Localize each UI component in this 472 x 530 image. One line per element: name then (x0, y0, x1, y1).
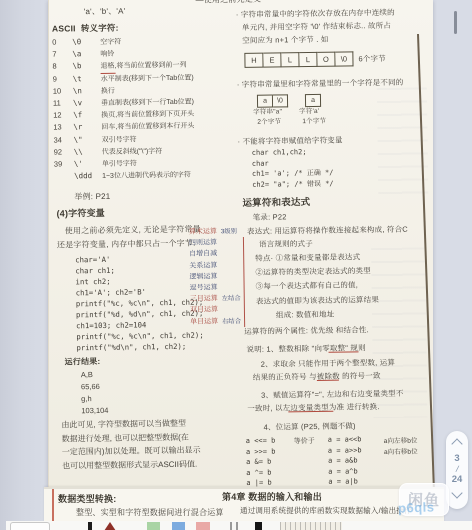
expression-points: 特点· ①常量和变量都是表达式 ②运算符的类型决定表达式的类型 ③每一个表达式都… (255, 252, 379, 310)
diagram-label: 字符'a' (299, 108, 319, 116)
thumbnail[interactable] (230, 522, 232, 530)
annotation-row: 逗号运算 (190, 282, 241, 294)
annotation-row: 单目运算右结合 (190, 316, 241, 328)
string-note-line: 单元内, 并用空字符 '\0' 作结束标志.. 故所占 (242, 21, 391, 32)
bitops-table: a <<= b等价于a = a<<ba向左移b位 a >>= ba = a>>b… (246, 435, 418, 490)
next-page-preview[interactable]: 数据类型转换: 整型、实型和字符型数据间进行混合运算 第4章 数据的输入和输出 … (44, 487, 444, 523)
top-partial-line: —使用之前先定义 (196, 0, 262, 6)
table-row: 13\r回车,将当前位置移到本行开头 (53, 121, 194, 135)
scroll-indicator[interactable] (454, 11, 457, 34)
page4-right-line: 通过调用系统提供的库函数实现数据输入/输出操作 (240, 506, 412, 515)
annotation-row: 自增自减 (189, 248, 240, 260)
hello-caption: 6个字节 (358, 54, 386, 64)
thumbnail[interactable] (88, 522, 92, 530)
annotation-row: 三目运算左结合 (190, 293, 241, 305)
page-nav: 3 / 24 (446, 431, 468, 509)
string-note-line: · 字符串常量中的字符依次存放在内存中连续的 (236, 8, 395, 20)
thumbnail[interactable] (255, 522, 262, 530)
result-title: 运行结果: (65, 357, 101, 367)
char-quote: 'a'、'b'、'A' (84, 7, 126, 18)
page-current: 3 (454, 454, 459, 464)
ink-bleedthrough (371, 247, 427, 418)
table-row: \ddd1~3位八进制代码表示的字符 (54, 170, 195, 184)
diagram-label: 1个字节 (302, 118, 326, 126)
code-block: char='A' char ch1; int ch2; ch1='A'; ch2… (75, 254, 204, 355)
thumbnail[interactable] (196, 522, 210, 530)
string-note-line: 空间应为 n+1 个字节 . 如 (242, 35, 328, 46)
example-ref: 举例: P21 (74, 192, 110, 203)
user-id-watermark: p6qls (398, 499, 435, 515)
hello-diagram: H E L L O \0 (244, 51, 353, 68)
escape-table-title: ASCII 转义字符: (52, 23, 119, 35)
thumbnail[interactable] (280, 522, 342, 530)
notes-photo-content: —使用之前先定义 'a'、'b'、'A' ASCII 转义字符: 0\0空字符 … (46, 0, 437, 490)
page-separator: / (455, 464, 459, 473)
expression-def: 语言规则的式子 (259, 239, 313, 249)
properties-line: 运算符的两个属性: 优先级 和结合性. (244, 325, 369, 336)
thumbnail[interactable] (236, 522, 238, 530)
notebook-margin-line (52, 489, 54, 523)
string-a-diagram: a \0 (257, 94, 288, 107)
notes-photo[interactable]: —使用之前先定义 'a'、'b'、'A' ASCII 转义字符: 0\0空字符 … (48, 0, 433, 487)
result-block: A,B 65,66 g,h 103,104 (81, 370, 109, 418)
annotation-row: 双目运算 (190, 304, 241, 316)
red-operator-annotations: 算术运算3级别 四则运算 自增自减 关系运算 逻辑运算 逗号运算 三目运算左结合… (189, 226, 245, 327)
expression-def: 表达式: 用运算符将操作数连接起来构成, 符合C (247, 225, 408, 237)
annotation-row: 关系运算 (189, 260, 240, 272)
escape-table: 0\0空字符 7\a响铃 8\b退格,将当前位置移到前一列 9\t水平制表(移到… (52, 36, 195, 184)
diagram-label: 字符串"a" (253, 108, 282, 117)
thumbnail[interactable] (10, 522, 50, 530)
annotation-row: 算术运算3级别 (189, 226, 244, 238)
note-line: 说明: 1、整数相除 "向零取整" 规则 (246, 343, 365, 354)
image-viewer: —使用之前先定义 'a'、'b'、'A' ASCII 转义字符: 0\0空字符 … (0, 0, 472, 530)
table-row: 9\t水平制表(移到下一个Tab位置) (53, 72, 194, 86)
thumbnail[interactable] (104, 522, 116, 530)
section-intro: 使用之前必须先定义, 无论是字符常量 (65, 225, 201, 237)
operators-ref: 笔录: P22 (253, 212, 287, 222)
operators-title: 运算符和表达式 (242, 197, 310, 210)
chevron-up-icon[interactable] (451, 438, 462, 449)
annotation-row: 逻辑运算 (189, 271, 240, 283)
page-total: 24 (452, 475, 463, 485)
page4-left-title: 数据类型转换: (58, 494, 116, 505)
thumbnail[interactable] (147, 522, 160, 530)
thumbnail-strip (6, 521, 472, 530)
page4-left-line: 整型、实型和字符型数据间进行混合运算 (76, 508, 224, 518)
page4-right-title: 第4章 数据的输入和输出 (222, 492, 322, 503)
annotation-row: 四则运算 (189, 237, 240, 249)
composition-line: 组成: 数值和地址 (276, 310, 335, 320)
conclusion-paragraph: 由此可见, 字符型数据可以当做整型 数据进行处理, 也可以把整型数据(在 一定范… (61, 418, 200, 474)
red-underline (101, 73, 116, 74)
note-line: 4、位运算 (P25, 例题不做) (264, 421, 356, 432)
thumbnail[interactable] (172, 522, 185, 530)
section-title: (4)字符变量 (56, 208, 105, 220)
code-block: char ch1,ch2; char ch1= 'a'; /* 正确 */ ch… (252, 148, 334, 191)
diagram-label: 2个字节 (257, 118, 281, 126)
char-a-diagram: a (305, 94, 321, 107)
string-note-line: · 不能将字符串赋值给字符变量 (238, 136, 343, 147)
chevron-down-icon[interactable] (451, 487, 462, 498)
section-intro: 还是字符变量, 内存中都只占一个字节. (57, 239, 196, 251)
